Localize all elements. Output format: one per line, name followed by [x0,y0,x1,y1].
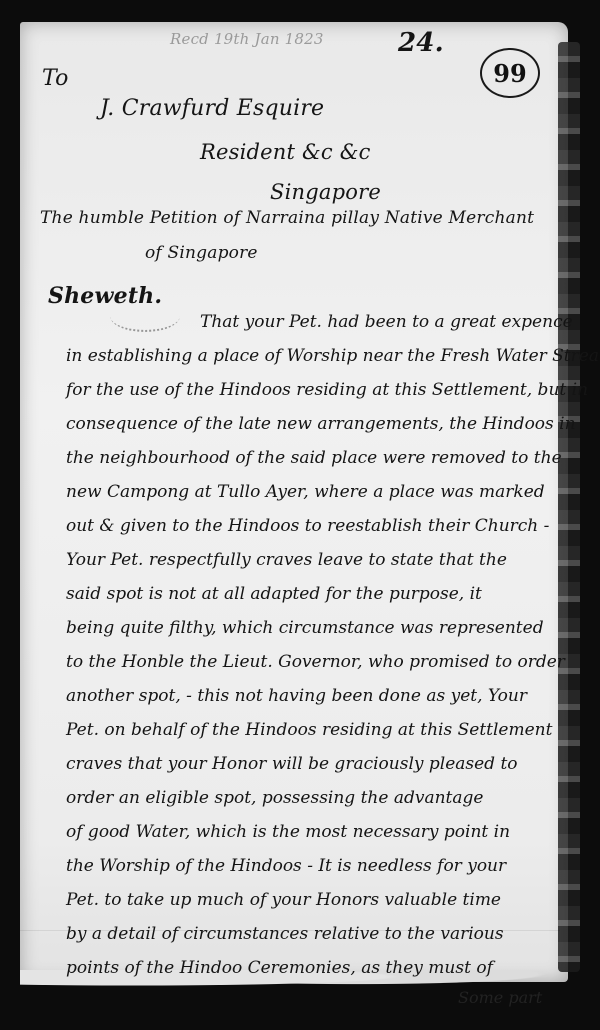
body-line: Pet. on behalf of the Hindoos residing a… [66,720,552,740]
body-line: the neighbourhood of the said place were… [66,448,562,468]
received-date-note: Recd 19th Jan 1823 [170,30,324,48]
body-line: That your Pet. had been to a great expen… [200,312,573,332]
addressee-title: Resident &c &c [200,140,371,164]
body-line: for the use of the Hindoos residing at t… [66,380,588,400]
body-line: said spot is not at all adapted for the … [66,584,482,604]
petition-heading: The humble Petition of Narraina pillay N… [40,208,534,228]
body-line: Pet. to take up much of your Honors valu… [66,890,501,910]
body-line: Your Pet. respectfully craves leave to s… [66,550,507,570]
body-line: in establishing a place of Worship near … [66,346,600,366]
body-line: new Campong at Tullo Ayer, where a place… [66,482,545,502]
folio-number: 24. [398,28,444,58]
body-line: craves that your Honor will be graciousl… [66,754,518,774]
body-line: another spot, - this not having been don… [66,686,527,706]
body-line: of good Water, which is the most necessa… [66,822,510,842]
body-line: out & given to the Hindoos to reestablis… [66,516,549,536]
body-line: by a detail of circumstances relative to… [66,924,504,944]
body-line: consequence of the late new arrangements… [66,414,576,434]
body-line: points of the Hindoo Ceremonies, as they… [66,958,493,978]
catchword: Some part [458,988,542,1007]
body-line: to the Honble the Lieut. Governor, who p… [66,652,565,672]
addressee-place: Singapore [270,180,381,204]
body-line: order an eligible spot, possessing the a… [66,788,483,808]
ink-smudge [110,300,180,332]
body-line: being quite filthy, which circumstance w… [66,618,544,638]
circled-page-number: 99 [480,48,540,98]
addressee-name: J. Crawfurd Esquire [100,96,324,121]
body-line: the Worship of the Hindoos - It is needl… [66,856,506,876]
petition-heading-continued: of Singapore [145,243,258,263]
salutation: To [42,66,69,91]
